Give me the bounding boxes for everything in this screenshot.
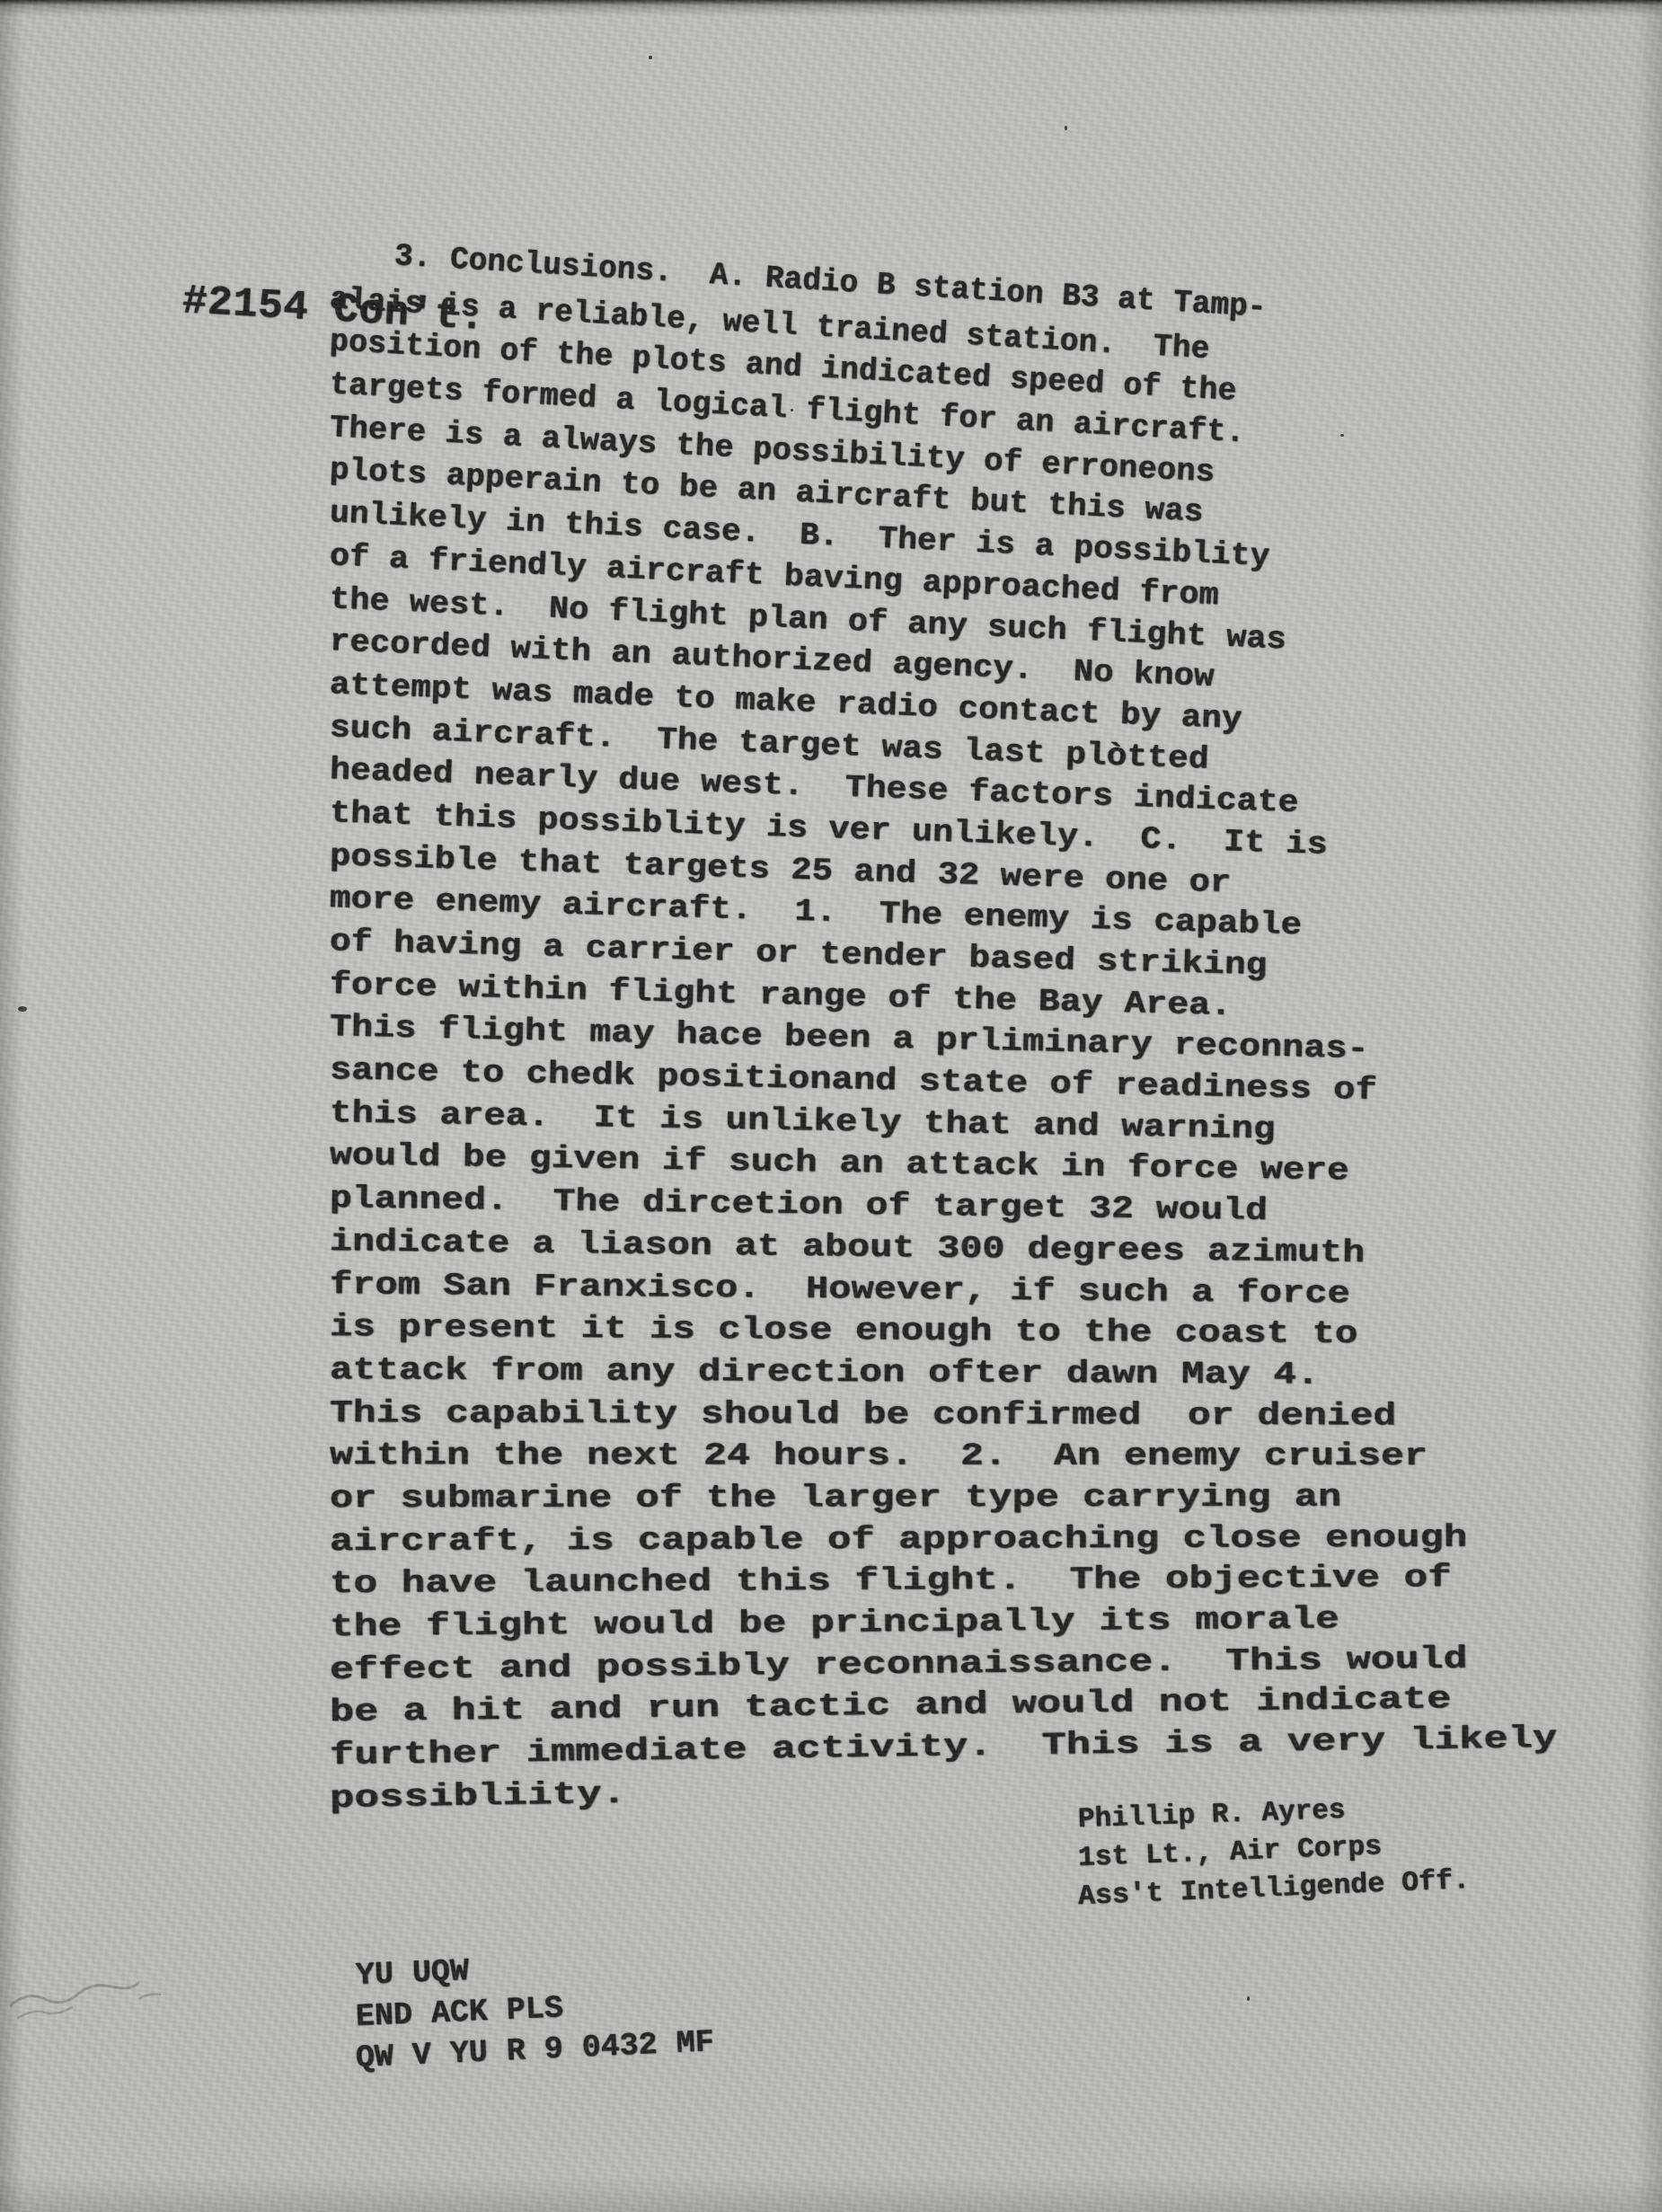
radio-log-block: YU UQWEND ACK PLSQW V YU R 9 0432 MF (356, 1955, 714, 2079)
body-text-line: or submarine of the larger type carrying… (330, 1476, 1516, 1521)
body-text-line: attack from any direction ofter dawn May… (330, 1349, 1490, 1398)
body-text-line: This capability should be confirmed or d… (330, 1393, 1498, 1438)
signature-block: Phillip R. Ayres1st Lt., Air CorpsAss't … (1078, 1801, 1463, 1916)
body-text-line: within the next 24 hours. 2. An enemy cr… (330, 1435, 1507, 1479)
paper-speck (1340, 434, 1344, 437)
paper-speck (1065, 126, 1067, 130)
paper-speck (1247, 1996, 1250, 2001)
pencil-scribble (5, 1964, 212, 2045)
paper-speck (18, 1006, 27, 1012)
paper-speck (649, 56, 652, 59)
document-page: #2154 Con't. 3. Conclusions. A. Radio B … (0, 0, 1662, 2212)
body-text-line: aircraft, is capable of approaching clos… (330, 1517, 1525, 1563)
conclusions-paragraph: 3. Conclusions. A. Radio B station B3 at… (330, 235, 1286, 1820)
